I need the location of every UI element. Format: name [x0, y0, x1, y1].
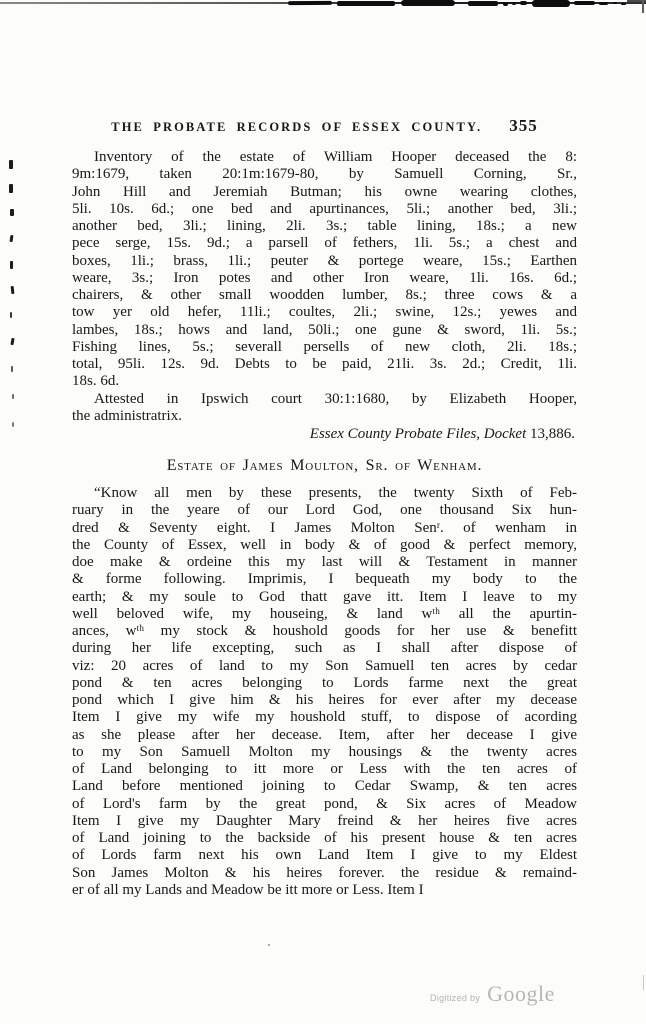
text-line: Son James Molton & his heires forever. t… [72, 865, 577, 882]
text-line: Fishing lines, 5s.; severall persells of… [72, 339, 577, 356]
book-page-scan: THE PROBATE RECORDS OF ESSEX COUNTY. 355… [0, 0, 646, 1024]
scan-smudge [574, 1, 595, 5]
text-line: to my Son Samuell Molton my housings & t… [72, 744, 577, 761]
scan-smudge [520, 1, 527, 5]
scan-corner-mark [642, 0, 644, 13]
text-column: Inventory of the estate of William Hoope… [72, 149, 577, 899]
moulton-will-paragraph: “Know all men by these presents, the twe… [72, 485, 577, 899]
margin-mark [10, 209, 14, 216]
margin-mark [10, 261, 13, 269]
text-line: pond & ten acres belonging to Lords farm… [72, 675, 577, 692]
scan-smudge [401, 0, 455, 6]
text-line: 18s. 6d. [72, 373, 577, 390]
text-line: lambes, 18s.; hows and land, 50li.; one … [72, 322, 577, 339]
text-line: the administratrix. [72, 408, 577, 425]
scan-smudge [288, 1, 332, 5]
citation-docket-number: 13,886. [530, 426, 575, 442]
digitized-by-label: Digitized by [430, 993, 480, 1003]
text-line: “Know all men by these presents, the twe… [72, 485, 577, 502]
text-line: of Land belonging to itt more or Less wi… [72, 761, 577, 778]
citation-italic-text: Essex County Probate Files, Docket [310, 426, 530, 442]
text-line: boxes, 1li.; brass, 1li.; peuter & porte… [72, 253, 577, 270]
text-line: of Lords farm next his own Land Item I g… [72, 847, 577, 864]
text-line: Attested in Ipswich court 30:1:1680, by … [72, 391, 577, 408]
moulton-estate-heading: Estate of James Moulton, Sr. of Wenham. [72, 457, 577, 475]
text-line: Item I give my Daughter Mary freind & he… [72, 813, 577, 830]
running-header: THE PROBATE RECORDS OF ESSEX COUNTY. 355 [72, 116, 577, 136]
text-line: doe make & ordeine this my last will & T… [72, 554, 577, 571]
text-line: viz: 20 acres of land to my Son Samuell … [72, 658, 577, 675]
text-line: total, 95li. 12s. 9d. Debts to be paid, … [72, 356, 577, 373]
text-line: dred & Seventy eight. I James Molton Sen… [72, 520, 577, 537]
margin-mark [11, 366, 13, 372]
margin-mark [11, 286, 15, 294]
text-line: another bed, 3li.; lining, 2li. 3s.; tab… [72, 218, 577, 235]
margin-mark [10, 338, 14, 345]
text-line: during her life excepting, such as I sha… [72, 640, 577, 657]
scan-smudge [532, 0, 570, 7]
text-line: Item I give my wife my houshold stuff, t… [72, 709, 577, 726]
attestation-paragraph: Attested in Ipswich court 30:1:1680, by … [72, 391, 577, 426]
text-line: the County of Essex, well in body & of g… [72, 537, 577, 554]
scan-artifact-top-edge [0, 0, 646, 16]
text-line: er of all my Lands and Meadow be itt mor… [72, 882, 577, 899]
scan-smudge [337, 1, 395, 6]
docket-citation: Essex County Probate Files, Docket 13,88… [72, 425, 577, 443]
text-line: pece serge, 15s. 9d.; a parsell of fethe… [72, 235, 577, 252]
page-number: 355 [509, 116, 538, 136]
google-watermark: Digitized by Google [430, 981, 555, 1007]
text-line: well beloved wife, my houseing, & land w… [72, 606, 577, 623]
text-line: Land before mentioned joining to Cedar S… [72, 778, 577, 795]
margin-mark [10, 235, 14, 242]
margin-mark [12, 422, 14, 427]
scan-smudge [512, 2, 516, 5]
text-line: as she please after her decease. Item, a… [72, 727, 577, 744]
text-line: pond which I give him & his heires for e… [72, 692, 577, 709]
text-line: ruary in the yeare of our Lord God, one … [72, 502, 577, 519]
margin-mark [9, 160, 13, 169]
margin-mark [12, 394, 14, 399]
scan-smudge [613, 2, 617, 4]
text-line: weare, 3s.; Iron potes and other Iron we… [72, 270, 577, 287]
google-logo: Google [487, 981, 555, 1007]
scan-artifact-right-edge [643, 975, 644, 990]
scan-smudge [621, 3, 626, 5]
scan-smudge [503, 2, 508, 6]
scan-stray-dot [268, 944, 270, 946]
text-line: 5li. 10s. 6d.; one bed and apurtinances,… [72, 201, 577, 218]
text-line: earth; & my soule to God thatt gave itt.… [72, 589, 577, 606]
text-line: Inventory of the estate of William Hoope… [72, 149, 577, 166]
running-header-title: THE PROBATE RECORDS OF ESSEX COUNTY. [111, 120, 482, 135]
text-line: 9m:1679, taken 20:1m:1679-80, by Samuell… [72, 166, 577, 183]
text-line: of Land joining to the backside of his p… [72, 830, 577, 847]
text-line: ances, wᵗʰ my stock & houshold goods for… [72, 623, 577, 640]
margin-mark [9, 184, 13, 193]
scan-artifact-left-margin [0, 0, 20, 1024]
hooper-inventory-paragraph: Inventory of the estate of William Hoope… [72, 149, 577, 391]
scan-smudge [599, 2, 608, 5]
margin-mark [10, 312, 12, 318]
scan-smudge [468, 1, 498, 6]
text-line: tow yer old hefer, 11li.; coultes, 2li.;… [72, 304, 577, 321]
text-line: of Lord's farm by the great pond, & Six … [72, 796, 577, 813]
text-line: & forme following. Imprimis, I bequeath … [72, 571, 577, 588]
text-line: chairers, & other small woodden lumber, … [72, 287, 577, 304]
text-line: John Hill and Jeremiah Butman; his owne … [72, 184, 577, 201]
